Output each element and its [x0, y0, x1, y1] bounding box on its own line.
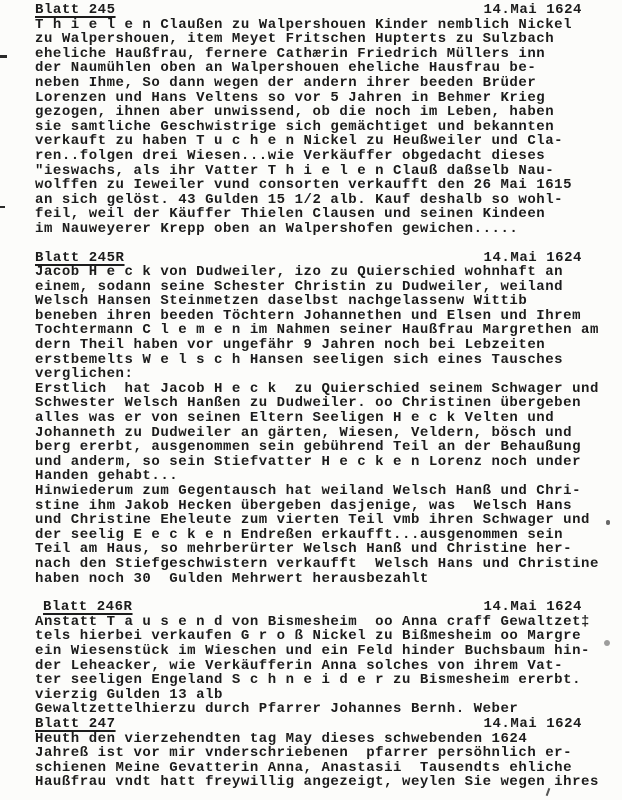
- text-line: beneben ihren beeden Töchtern Johannethe…: [35, 309, 612, 324]
- text-line: Hinwiederum zum Gegentausch hat weiland …: [35, 484, 612, 499]
- text-line: Tochtermann C l e m e n im Nahmen seiner…: [35, 323, 612, 338]
- text-line: im Nauweyerer Krepp oben an Walpershofen…: [35, 222, 612, 237]
- text-line: sie samtliche Geschwistrige sich gemächt…: [35, 120, 612, 135]
- text-line: ein Wiesenstück im Wieschen und ein Feld…: [35, 644, 612, 659]
- text-line: vierzig Gulden 13 alb: [35, 688, 612, 703]
- text-line: Gewaltzettelhierzu durch Pfarrer Johanne…: [35, 702, 612, 717]
- text-line: Heuth den vierzehendten tag May dieses s…: [35, 732, 612, 747]
- text-line: berg ererbt, ausgenommen sein gebührend …: [35, 440, 612, 455]
- text-line: gezogen, ihnen aber unwissend, ob die no…: [35, 105, 612, 120]
- text-line: der Leheacker, wie Verkäufferin Anna sol…: [35, 659, 612, 674]
- text-line: schienen Meine Gevatterin Anna, Anastasi…: [35, 761, 612, 776]
- scan-artifact: [0, 55, 7, 58]
- entry-title: Blatt 247: [35, 717, 122, 732]
- text-line: Welsch Hansen Steinmetzen daselbst nachg…: [35, 294, 612, 309]
- text-line: der seelig E e c k e n Endreßen erkaufft…: [35, 528, 612, 543]
- text-line: einem, sodann seine Schester Christin zu…: [35, 280, 612, 295]
- text-line: und anderm, so sein Stiefvatter H e c k …: [35, 455, 612, 470]
- text-line: und Christine Eheleute zum vierten Teil …: [35, 513, 612, 528]
- text-line: Lorenzen und Hans Veltens so vor 5 Jahre…: [35, 91, 612, 106]
- text-line: ren..folgen drei Wiesen...wie Verkäuffer…: [35, 149, 612, 164]
- entry-title: Blatt 245: [35, 3, 122, 18]
- entry-blatt-245: Blatt 24514.Mai 1624T h i e l e n Clauße…: [35, 3, 612, 237]
- entry-date: 14.Mai 1624: [484, 717, 582, 732]
- text-line: an sich gelöst. 43 Gulden 15 1/2 alb. Ka…: [35, 193, 612, 208]
- entry-date: 14.Mai 1624: [484, 3, 582, 18]
- text-line: zu Walpershouen, item Meyet Fritschen Hu…: [35, 32, 612, 47]
- text-line: eheliche Haußfrau, fernere Cathærin Frie…: [35, 47, 612, 62]
- text-line: Jacob H e c k von Dudweiler, izo zu Quie…: [35, 265, 612, 280]
- text-line: verglichen:: [35, 367, 612, 382]
- entry-blatt-245r: Blatt 245R14.Mai 1624Jacob H e c k von D…: [35, 251, 612, 587]
- text-line: stine ihm Jakob Hecken übergeben dasjeni…: [35, 499, 612, 514]
- document-page: Blatt 24514.Mai 1624T h i e l e n Clauße…: [0, 0, 622, 800]
- text-line: tels hierbei verkaufen G r o ß Nickel zu…: [35, 629, 612, 644]
- text-line: ter seeligen Engeland S c h n e i d e r …: [35, 673, 612, 688]
- entry-blatt-246r: Blatt 246R14.Mai 1624Anstatt T a u s e n…: [35, 600, 612, 717]
- document-entries: Blatt 24514.Mai 1624T h i e l e n Clauße…: [35, 3, 612, 790]
- text-line: haben noch 30 Gulden Mehrwert herausbeza…: [35, 572, 612, 587]
- text-line: Handen gehabt...: [35, 469, 612, 484]
- text-line: verkauft zu haben T u c h e n Nickel zu …: [35, 134, 612, 149]
- entry-header: Blatt 246R14.Mai 1624: [35, 600, 612, 615]
- text-line: dern Theil haben vor ungefähr 9 Jahren n…: [35, 338, 612, 353]
- text-line: Anstatt T a u s e n d von Bismesheim oo …: [35, 615, 612, 630]
- text-line: Erstlich hat Jacob H e c k zu Quierschie…: [35, 382, 612, 397]
- text-line: Schwester Welsch Hanßen zu Dudweiler. oo…: [35, 396, 612, 411]
- entry-date: 14.Mai 1624: [484, 251, 582, 266]
- text-line: Haußfrau vndt hatt freywillig angezeigt,…: [35, 775, 612, 790]
- text-line: feil, weil der Käuffer Thielen Clausen u…: [35, 207, 612, 222]
- text-line: erstbemelts W e l s c h Hansen seeligen …: [35, 353, 612, 368]
- entry-blatt-247: Blatt 24714.Mai 1624Heuth den vierzehend…: [35, 717, 612, 790]
- scan-artifact: [0, 206, 5, 208]
- text-line: der Naumühlen oben an Walpershouen eheli…: [35, 61, 612, 76]
- entry-header: Blatt 24714.Mai 1624: [35, 717, 612, 732]
- text-line: neben Ihme, So dann wegen der andern ihr…: [35, 76, 612, 91]
- text-line: nach den Stiefgeschwistern verkaufft Wel…: [35, 557, 612, 572]
- text-line: T h i e l e n Claußen zu Walpershouen Ki…: [35, 18, 612, 33]
- text-line: wolffen zu Ieweiler vund consorten verka…: [35, 178, 612, 193]
- text-line: alles was er von seinen Eltern Seeligen …: [35, 411, 612, 426]
- text-line: Jahreß ist vor mir vnderschriebenen pfar…: [35, 746, 612, 761]
- scan-artifact: [604, 640, 610, 646]
- entry-title: Blatt 246R: [43, 600, 139, 615]
- text-line: Johanneth zu Dudweiler an gärten, Wiesen…: [35, 426, 612, 441]
- entry-header: Blatt 24514.Mai 1624: [35, 3, 612, 18]
- entry-title: Blatt 245R: [35, 251, 131, 266]
- entry-date: 14.Mai 1624: [484, 600, 582, 615]
- text-line: Teil am Haus, so mehrberürter Welsch Han…: [35, 542, 612, 557]
- entry-header: Blatt 245R14.Mai 1624: [35, 251, 612, 266]
- text-line: "ieswachs, als ihr Vatter T h i e l e n …: [35, 164, 612, 179]
- scan-artifact: [606, 520, 610, 525]
